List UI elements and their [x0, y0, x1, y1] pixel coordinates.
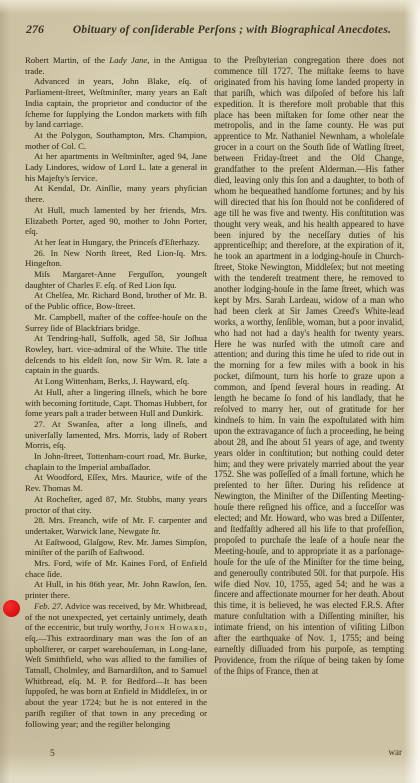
paragraph: At Eaſtwood, Glaſgow, Rev. Mr. James Sim…: [25, 537, 207, 558]
paragraph: At Hull, much lamented by her friends, M…: [25, 205, 207, 237]
scanned-book-page: 276 Obituary of conſiderable Perſons ; w…: [0, 0, 420, 783]
text-segment: Robert Martin, of the: [25, 55, 109, 65]
text-segment: John Howard: [145, 622, 205, 632]
text-segment: In John-ſtreet, Tottenham-court road, Mr…: [25, 451, 207, 472]
text-segment: Mr. Campbell, maſter of the coffee-houſe…: [25, 312, 207, 333]
paragraph: At Kendal, Dr. Ainſlie, many years phyſi…: [25, 183, 207, 204]
paragraph: At Rocheſter, aged 87, Mr. Stubbs, many …: [25, 494, 207, 515]
text-segment: Miſs Margaret-Anne Ferguſſon, youngeſt d…: [25, 269, 207, 290]
paragraph: At Tendring-hall, Suffolk, aged 58, Sir …: [25, 333, 207, 376]
text-segment: At Kendal, Dr. Ainſlie, many years phyſi…: [25, 183, 207, 204]
signature-mark: 5: [50, 749, 55, 759]
text-segment: At Hull, in his 86th year, Mr. John Rawſ…: [25, 579, 207, 600]
paragraph: At Hull, after a lingering illneſs, whic…: [25, 387, 207, 419]
paragraph: 27. At Swanſea, after a long illneſs, an…: [25, 419, 207, 451]
paragraph: Mrs. Ford, wife of Mr. Kaines Ford, of E…: [25, 558, 207, 579]
text-segment: At Hull, after a lingering illneſs, whic…: [25, 387, 207, 418]
text-segment: Advanced in years, John Blake, eſq. of P…: [25, 76, 207, 129]
paragraph: At her apartments in Weſtminſter, aged 9…: [25, 151, 207, 183]
text-segment: At Long Wittenham, Berks, J. Hayward, eſ…: [34, 376, 189, 386]
paragraph: Feb. 27. Advice was received, by Mr. Whi…: [25, 601, 207, 729]
page-title: Obituary of conſiderable Perſons ; with …: [58, 24, 406, 36]
paragraph: 28. Mrs. Freanch, wife of Mr. F. carpent…: [25, 515, 207, 536]
paragraph: Advanced in years, John Blake, eſq. of P…: [25, 76, 207, 130]
text-segment: Feb. 27.: [34, 601, 63, 611]
paragraph: At her ſeat in Hungary, the Princeſs d'E…: [25, 237, 207, 248]
text-segment: 28. Mrs. Freanch, wife of Mr. F. carpent…: [25, 515, 207, 536]
paragraph: At Chelſea, Mr. Richard Bond, brother of…: [25, 290, 207, 311]
right-text-column: to the Preſbyterian congregation there d…: [214, 55, 404, 755]
paragraph: In John-ſtreet, Tottenham-court road, Mr…: [25, 451, 207, 472]
text-segment: At the Polygon, Southampton, Mrs. Champi…: [25, 130, 207, 151]
text-segment: At Tendring-hall, Suffolk, aged 58, Sir …: [25, 333, 207, 375]
text-segment: Mrs. Ford, wife of Mr. Kaines Ford, of E…: [25, 558, 207, 579]
paragraph: At Hull, in his 86th year, Mr. John Rawſ…: [25, 579, 207, 600]
paragraph: Robert Martin, of the Lady Jane, in the …: [25, 55, 207, 76]
text-segment: At Rocheſter, aged 87, Mr. Stubbs, many …: [25, 494, 207, 515]
page-number: 276: [26, 22, 44, 37]
text-segment: , eſq.—This extraordinary man was the ſo…: [25, 622, 207, 728]
red-dot-annotation-marker: [3, 600, 20, 617]
paragraph: 26. In New North ſtreet, Red Lion-ſq. Mr…: [25, 248, 207, 269]
text-segment: At Hull, much lamented by her friends, M…: [25, 205, 207, 236]
text-segment: Lady Jane: [109, 55, 147, 65]
text-segment: At Chelſea, Mr. Richard Bond, brother of…: [25, 290, 207, 311]
paragraph: At Long Wittenham, Berks, J. Hayward, eſ…: [25, 376, 207, 387]
running-header: 276 Obituary of conſiderable Perſons ; w…: [26, 22, 406, 40]
paragraph: Miſs Margaret-Anne Ferguſſon, youngeſt d…: [25, 269, 207, 290]
text-segment: 26. In New North ſtreet, Red Lion-ſq. Mr…: [25, 248, 207, 269]
text-segment: At her apartments in Weſtminſter, aged 9…: [25, 151, 207, 182]
text-segment: At Woodford, Eſſex, Mrs. Maurice, wife o…: [25, 472, 207, 493]
paragraph: Mr. Campbell, maſter of the coffee-houſe…: [25, 312, 207, 333]
text-segment: to the Preſbyterian congregation there d…: [214, 55, 404, 676]
text-segment: At her ſeat in Hungary, the Princeſs d'E…: [34, 237, 200, 247]
paragraph: At the Polygon, Southampton, Mrs. Champi…: [25, 130, 207, 151]
paragraph: At Woodford, Eſſex, Mrs. Maurice, wife o…: [25, 472, 207, 493]
catchword: war: [330, 747, 402, 757]
left-text-column: Robert Martin, of the Lady Jane, in the …: [25, 55, 207, 755]
text-segment: 27. At Swanſea, after a long illneſs, an…: [25, 419, 207, 450]
paragraph: to the Preſbyterian congregation there d…: [214, 55, 404, 677]
text-segment: At Eaſtwood, Glaſgow, Rev. Mr. James Sim…: [25, 537, 207, 558]
